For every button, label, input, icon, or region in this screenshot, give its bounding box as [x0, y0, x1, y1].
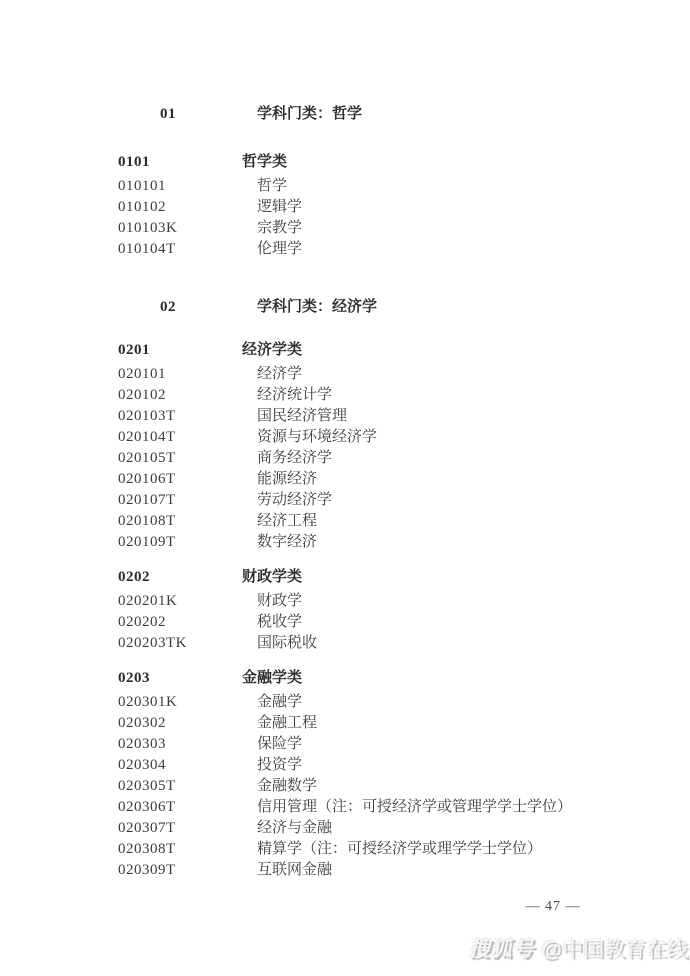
- major-code: 010103K: [118, 218, 242, 239]
- category-code: 0101: [118, 152, 242, 173]
- category-code: 0201: [118, 340, 242, 361]
- document-page: 01学科门类：哲学0101哲学类010101哲学010102逻辑学010103K…: [0, 0, 690, 976]
- major-row: 020302金融工程: [0, 713, 690, 734]
- major-name: 宗教学: [257, 218, 302, 239]
- major-row: 020307T经济与金融: [0, 818, 690, 839]
- major-code: 020202: [118, 612, 242, 633]
- major-code: 020106T: [118, 469, 242, 490]
- major-name: 金融数学: [257, 776, 317, 797]
- major-code: 020203TK: [118, 633, 242, 654]
- category-code: 0202: [118, 567, 242, 588]
- major-row: 020301K金融学: [0, 692, 690, 713]
- major-row: 010102逻辑学: [0, 197, 690, 218]
- section-title: 学科门类：经济学: [257, 297, 377, 318]
- major-row: 020108T经济工程: [0, 511, 690, 532]
- major-name: 国际税收: [257, 633, 317, 654]
- major-list: 020201K财政学020202税收学020203TK国际税收: [0, 591, 690, 654]
- sohu-logo: 搜狐号: [469, 938, 535, 961]
- discipline-group: 0202财政学类020201K财政学020202税收学020203TK国际税收: [0, 567, 690, 654]
- major-code: 010101: [118, 176, 242, 197]
- major-row: 020304投资学: [0, 755, 690, 776]
- major-name: 税收学: [257, 612, 302, 633]
- discipline-group: 0101哲学类010101哲学010102逻辑学010103K宗教学010104…: [0, 152, 690, 260]
- major-name: 金融学: [257, 692, 302, 713]
- discipline-group: 0201经济学类020101经济学020102经济统计学020103T国民经济管…: [0, 340, 690, 553]
- major-name: 经济与金融: [257, 818, 332, 839]
- major-row: 020203TK国际税收: [0, 633, 690, 654]
- major-name: 资源与环境经济学: [257, 427, 377, 448]
- major-row: 020104T资源与环境经济学: [0, 427, 690, 448]
- major-list: 020301K金融学020302金融工程020303保险学020304投资学02…: [0, 692, 690, 881]
- major-row: 010101哲学: [0, 176, 690, 197]
- major-code: 020306T: [118, 797, 242, 818]
- discipline-group: 0203金融学类020301K金融学020302金融工程020303保险学020…: [0, 668, 690, 881]
- major-name: 国民经济管理: [257, 406, 347, 427]
- major-row: 020308T精算学（注：可授经济学或理学学士学位）: [0, 839, 690, 860]
- major-row: 020101经济学: [0, 364, 690, 385]
- major-row: 020103T国民经济管理: [0, 406, 690, 427]
- major-name: 经济统计学: [257, 385, 332, 406]
- major-code: 020109T: [118, 532, 242, 553]
- major-row: 020202税收学: [0, 612, 690, 633]
- category-row: 0201经济学类: [0, 340, 690, 361]
- section-number: 02: [160, 297, 257, 318]
- major-code: 020304: [118, 755, 242, 776]
- category-name: 经济学类: [242, 340, 302, 361]
- section-header: 02学科门类：经济学: [0, 297, 690, 318]
- category-name: 财政学类: [242, 567, 302, 588]
- major-row: 020305T金融数学: [0, 776, 690, 797]
- major-code: 020309T: [118, 860, 242, 881]
- major-name: 金融工程: [257, 713, 317, 734]
- major-code: 010102: [118, 197, 242, 218]
- major-code: 020303: [118, 734, 242, 755]
- major-code: 020107T: [118, 490, 242, 511]
- category-name: 哲学类: [242, 152, 287, 173]
- major-name: 保险学: [257, 734, 302, 755]
- major-name: 哲学: [257, 176, 287, 197]
- major-code: 020103T: [118, 406, 242, 427]
- major-name: 经济工程: [257, 511, 317, 532]
- major-code: 020305T: [118, 776, 242, 797]
- major-row: 020107T劳动经济学: [0, 490, 690, 511]
- section-philosophy: 01学科门类：哲学0101哲学类010101哲学010102逻辑学010103K…: [0, 104, 690, 260]
- major-code: 020301K: [118, 692, 242, 713]
- section-number: 01: [160, 104, 257, 125]
- major-name: 伦理学: [257, 239, 302, 260]
- major-code: 020101: [118, 364, 242, 385]
- major-row: 020105T商务经济学: [0, 448, 690, 469]
- category-row: 0101哲学类: [0, 152, 690, 173]
- watermark: 搜狐号@中国教育在线: [469, 936, 688, 964]
- watermark-handle: @中国教育在线: [541, 938, 688, 961]
- major-row: 010103K宗教学: [0, 218, 690, 239]
- major-name: 逻辑学: [257, 197, 302, 218]
- major-code: 020105T: [118, 448, 242, 469]
- major-name: 数字经济: [257, 532, 317, 553]
- page-number: — 47 —: [503, 899, 603, 915]
- major-code: 020104T: [118, 427, 242, 448]
- major-code: 020308T: [118, 839, 242, 860]
- major-code: 020108T: [118, 511, 242, 532]
- major-name: 信用管理（注：可授经济学或管理学学士学位）: [257, 797, 572, 818]
- major-name: 经济学: [257, 364, 302, 385]
- major-row: 020109T数字经济: [0, 532, 690, 553]
- major-code: 020102: [118, 385, 242, 406]
- major-name: 精算学（注：可授经济学或理学学士学位）: [257, 839, 542, 860]
- major-name: 财政学: [257, 591, 302, 612]
- category-row: 0203金融学类: [0, 668, 690, 689]
- major-row: 010104T伦理学: [0, 239, 690, 260]
- category-code: 0203: [118, 668, 242, 689]
- major-code: 020307T: [118, 818, 242, 839]
- major-row: 020102经济统计学: [0, 385, 690, 406]
- major-row: 020306T信用管理（注：可授经济学或管理学学士学位）: [0, 797, 690, 818]
- category-name: 金融学类: [242, 668, 302, 689]
- major-row: 020201K财政学: [0, 591, 690, 612]
- major-code: 010104T: [118, 239, 242, 260]
- discipline-catalog: 01学科门类：哲学0101哲学类010101哲学010102逻辑学010103K…: [0, 0, 690, 881]
- section-title: 学科门类：哲学: [257, 104, 362, 125]
- major-code: 020302: [118, 713, 242, 734]
- major-list: 010101哲学010102逻辑学010103K宗教学010104T伦理学: [0, 176, 690, 260]
- major-name: 商务经济学: [257, 448, 332, 469]
- section-header: 01学科门类：哲学: [0, 104, 690, 125]
- major-name: 能源经济: [257, 469, 317, 490]
- major-name: 投资学: [257, 755, 302, 776]
- major-row: 020106T能源经济: [0, 469, 690, 490]
- major-name: 劳动经济学: [257, 490, 332, 511]
- category-row: 0202财政学类: [0, 567, 690, 588]
- major-row: 020303保险学: [0, 734, 690, 755]
- section-economics: 02学科门类：经济学0201经济学类020101经济学020102经济统计学02…: [0, 297, 690, 881]
- major-row: 020309T互联网金融: [0, 860, 690, 881]
- major-name: 互联网金融: [257, 860, 332, 881]
- major-list: 020101经济学020102经济统计学020103T国民经济管理020104T…: [0, 364, 690, 553]
- major-code: 020201K: [118, 591, 242, 612]
